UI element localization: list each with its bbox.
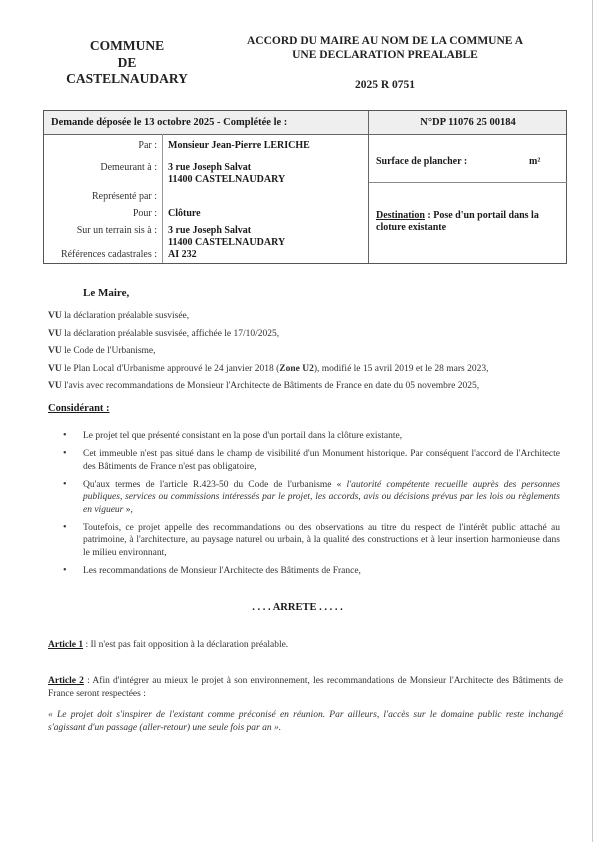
destination-label: Destination: [376, 210, 425, 221]
considerant-item: Le projet tel que présenté consistant en…: [48, 430, 560, 443]
article-1: Article 1 : Il n'est pas fait opposition…: [48, 639, 563, 652]
vu-text: le Code de l'Urbanisme,: [62, 346, 156, 356]
address-line: 3 rue Joseph Salvat: [168, 162, 285, 174]
considerant-heading: Considérant :: [48, 403, 110, 414]
considerant-item: Les recommandations de Monsieur l'Archit…: [48, 565, 560, 578]
table-header: Demande déposée le 13 octobre 2025 - Com…: [44, 111, 566, 135]
vu-prefix: VU: [48, 311, 62, 321]
surface-label: Surface de plancher :: [376, 156, 467, 167]
label-par: Par :: [44, 140, 157, 151]
vu-item: VU le Plan Local d'Urbanisme approuvé le…: [48, 361, 578, 379]
abf-recommendation-quote: « Le projet doit s'inspirer de l'existan…: [48, 709, 563, 734]
row-divider: [369, 182, 567, 183]
reference-number: 2025 R 0751: [210, 79, 560, 91]
page-edge: [592, 0, 593, 842]
value-demeurant: 3 rue Joseph Salvat 11400 CASTELNAUDARY: [168, 162, 285, 186]
vu-text: la déclaration préalable susvisée,: [62, 311, 189, 321]
value-par: Monsieur Jean-Pierre LERICHE: [168, 140, 310, 152]
vu-prefix: VU: [48, 329, 62, 339]
article-label: Article 2: [48, 676, 84, 686]
dp-number: N°DP 11076 25 00184: [369, 117, 567, 128]
vu-item: VU le Code de l'Urbanisme,: [48, 343, 578, 361]
vu-item: VU l'avis avec recommandations de Monsie…: [48, 378, 578, 396]
vu-item: VU la déclaration préalable susvisée,: [48, 308, 578, 326]
label-terrain: Sur un terrain sis à :: [44, 225, 157, 236]
address-line: 3 rue Joseph Salvat: [168, 225, 285, 237]
article-text: : Afin d'intégrer au mieux le projet à s…: [48, 676, 563, 699]
considerant-text: Qu'aux termes de l'article R.423-50 du C…: [83, 480, 346, 490]
demande-date: Demande déposée le 13 octobre 2025 - Com…: [51, 117, 287, 128]
considerant-text: Les recommandations de Monsieur l'Archit…: [83, 566, 361, 576]
vu-prefix: VU: [48, 381, 62, 391]
document-title: ACCORD DU MAIRE AU NOM DE LA COMMUNE A U…: [210, 34, 560, 62]
vu-item: VU la déclaration préalable susvisée, af…: [48, 326, 578, 344]
title-line: ACCORD DU MAIRE AU NOM DE LA COMMUNE A: [210, 34, 560, 48]
title-line: UNE DECLARATION PREALABLE: [210, 48, 560, 62]
considerant-text: »,: [123, 505, 133, 515]
article-label: Article 1: [48, 640, 83, 650]
vu-text: ), modifié le 15 avril 2019 et le 28 mar…: [314, 364, 489, 374]
vu-list: VU la déclaration préalable susvisée, VU…: [48, 308, 578, 396]
surface-plancher: Surface de plancher : m²: [376, 156, 556, 167]
destination: Destination : Pose d'un portail dans la …: [376, 210, 561, 234]
label-divider: [162, 134, 163, 263]
vu-text: le Plan Local d'Urbanisme approuvé le 24…: [62, 364, 280, 374]
label-demeurant: Demeurant à :: [44, 162, 157, 173]
label-cadastrales: Références cadastrales :: [44, 249, 157, 260]
vu-text: l'avis avec recommandations de Monsieur …: [62, 381, 479, 391]
arrete-heading: . . . . ARRETE . . . . .: [0, 602, 595, 613]
considerant-item: Cet immeuble n'est pas situé dans le cha…: [48, 448, 560, 473]
value-cadastrales: AI 232: [168, 249, 197, 261]
article-text: : Il n'est pas fait opposition à la décl…: [83, 640, 288, 650]
address-line: 11400 CASTELNAUDARY: [168, 174, 285, 186]
address-line: 11400 CASTELNAUDARY: [168, 237, 285, 249]
considerant-item: Qu'aux termes de l'article R.423-50 du C…: [48, 479, 560, 517]
vu-prefix: VU: [48, 364, 62, 374]
label-pour: Pour :: [44, 208, 157, 219]
commune-line: CASTELNAUDARY: [62, 71, 192, 88]
considerant-text: Toutefois, ce projet appelle des recomma…: [83, 523, 560, 558]
considerant-list: Le projet tel que présenté consistant en…: [48, 430, 560, 583]
article-2: Article 2 : Afin d'intégrer au mieux le …: [48, 675, 563, 700]
vu-text: la déclaration préalable susvisée, affic…: [62, 329, 279, 339]
commune-name: COMMUNE DE CASTELNAUDARY: [62, 38, 192, 88]
commune-line: COMMUNE: [62, 38, 192, 55]
considerant-item: Toutefois, ce projet appelle des recomma…: [48, 522, 560, 560]
surface-unit: m²: [529, 156, 540, 167]
vu-prefix: VU: [48, 346, 62, 356]
considerant-text: Le projet tel que présenté consistant en…: [83, 431, 402, 441]
le-maire-heading: Le Maire,: [83, 287, 129, 299]
label-represente: Représenté par :: [44, 191, 157, 202]
considerant-text: Cet immeuble n'est pas situé dans le cha…: [83, 449, 560, 472]
value-terrain: 3 rue Joseph Salvat 11400 CASTELNAUDARY: [168, 225, 285, 249]
zone-label: Zone U2: [279, 364, 314, 374]
info-table: Demande déposée le 13 octobre 2025 - Com…: [43, 110, 567, 264]
value-pour: Clôture: [168, 208, 201, 220]
commune-line: DE: [62, 55, 192, 72]
column-divider: [368, 111, 369, 263]
